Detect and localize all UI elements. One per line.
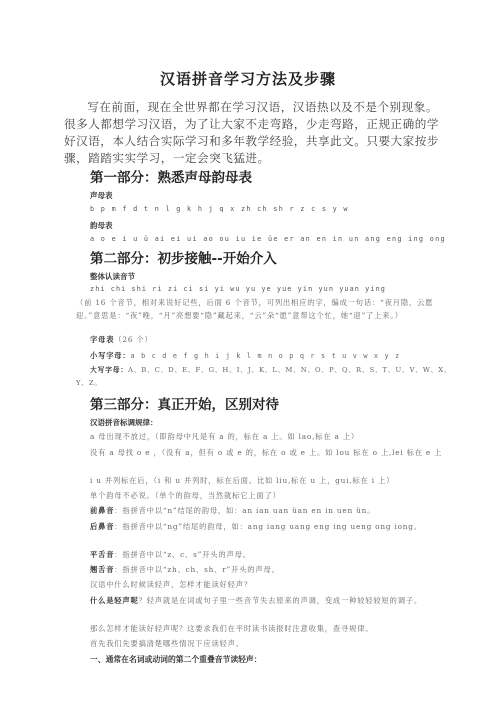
initials-list: b p m f d t n l g k h j q x zh ch sh r z…	[90, 205, 349, 213]
flat-tongue-text: ：指拼音中以“z、c、s”开头的声母。	[114, 550, 251, 559]
intro-paragraph: 写在前面，现在全世界都在学习汉语，汉语热以及不是个别现象。很多人都想学习汉语，为…	[64, 99, 444, 167]
alphabet-count: （26 个）	[114, 335, 152, 344]
retroflex-label: 翘舌音	[90, 565, 114, 574]
alphabet-line: 字母表（26 个）	[90, 335, 153, 345]
back-nasal-line: 后鼻音：指拼音中以“ng”结尾的韵母，如：ang iang uang eng i…	[76, 520, 456, 533]
neutral-tone-definition: 什么是轻声呢？轻声就是在词或句子里一些音节失去原来的声调，变成一种较轻较短的调子…	[76, 594, 456, 607]
flat-tongue-label: 平舌音	[90, 550, 114, 559]
initials-label: 声母表	[90, 190, 113, 201]
finals-label: 韵母表	[90, 220, 113, 231]
front-nasal-label: 前鼻音	[90, 506, 114, 515]
front-nasal-text: ：指拼音中以“n”结尾的韵母，如：an ian uan üan en in ue…	[114, 506, 375, 515]
tone-rule-1: a 母出现不放过，（即韵母中凡是有 a 的，标在 a 上。如 lao,标在 a …	[90, 432, 359, 442]
part3-heading: 第三部分：真正开始，区别对待	[90, 393, 279, 413]
syllables-list: zhi chi shi ri zi ci si yi wu yu ye yue …	[90, 285, 386, 293]
part2-heading: 第二部分：初步接触--开始介入	[90, 247, 277, 267]
tone-rule-2: 没有 a 母找 o e ，（没有 a，但有 o 或 e 的，标在 o 或 e 上…	[76, 446, 456, 459]
lowercase-letters: a b c d e f g h i j k l m n o p q r s t …	[130, 352, 400, 360]
first-clarify-line: 首先我们先要搞清楚哪些情况下应读轻声。	[90, 639, 244, 649]
lowercase-line: 小写字母：a b c d e f g h i j k l m n o p q r…	[90, 351, 400, 361]
finals-list: a o e i u ü ai ei ui ao ou iu ie üe er a…	[90, 235, 446, 243]
syllables-note: （前 16 个音节，相对来说好记些，后面 6 个音节，可列出相应的字，编成一句话…	[76, 296, 456, 322]
front-nasal-line: 前鼻音：指拼音中以“n”结尾的韵母，如：an ian uan üan en in…	[90, 506, 375, 516]
document-page: 汉语拼音学习方法及步骤 写在前面，现在全世界都在学习汉语，汉语热以及不是个别现象…	[0, 0, 496, 702]
part1-heading: 第一部分：熟悉声母韵母表	[90, 166, 252, 186]
syllables-label: 整体认读音节	[90, 271, 135, 282]
subsection-1-heading: 一、通常在名词或动词的第二个重叠音节读轻声：	[90, 654, 262, 665]
back-nasal-text: ：指拼音中以“ng”结尾的韵母，如：ang iang uang eng ing …	[114, 522, 422, 531]
neutral-tone-question: 汉语中什么时候读轻声，怎样才能读好轻声？	[90, 580, 252, 590]
tone-rule-3: i u 并列标在后，（i 和 u 并列时，标在后面。比如 liu,标在 u 上，…	[90, 476, 394, 486]
tone-rules-label: 汉语拼音标调规律：	[90, 417, 158, 428]
retroflex-text: ：指拼音中以“zh、ch、sh、r”开头的声母。	[114, 565, 279, 574]
neutral-tone-text: ？轻声就是在词或句子里一些音节失去原来的声调，变成一种较轻较短的调子。	[139, 596, 422, 605]
page-title: 汉语拼音学习方法及步骤	[0, 68, 496, 89]
flat-tongue-line: 平舌音：指拼音中以“z、c、s”开头的声母。	[90, 550, 251, 560]
tone-rule-4: 单个韵母不必说。（单个的韵母，当然就标它上面了）	[90, 491, 281, 501]
neutral-tone-label: 什么是轻声呢	[90, 596, 139, 605]
back-nasal-label: 后鼻音	[90, 522, 114, 531]
uppercase-label: 大写字母：	[90, 366, 128, 374]
how-to-read-line: 那么怎样才能读好轻声呢？这要求我们在平时读书读报时注意收集，查寻规律。	[90, 624, 373, 634]
lowercase-label: 小写字母：	[90, 351, 130, 360]
alphabet-label: 字母表	[90, 335, 114, 344]
retroflex-line: 翘舌音：指拼音中以“zh、ch、sh、r”开头的声母。	[90, 565, 280, 575]
uppercase-letters: A、B、C、D、E、F、G、H、I、J、K、L、M、N、O、P、Q、R、S、T、…	[76, 366, 452, 387]
uppercase-line: 大写字母：A、B、C、D、E、F、G、H、I、J、K、L、M、N、O、P、Q、R…	[76, 364, 456, 390]
